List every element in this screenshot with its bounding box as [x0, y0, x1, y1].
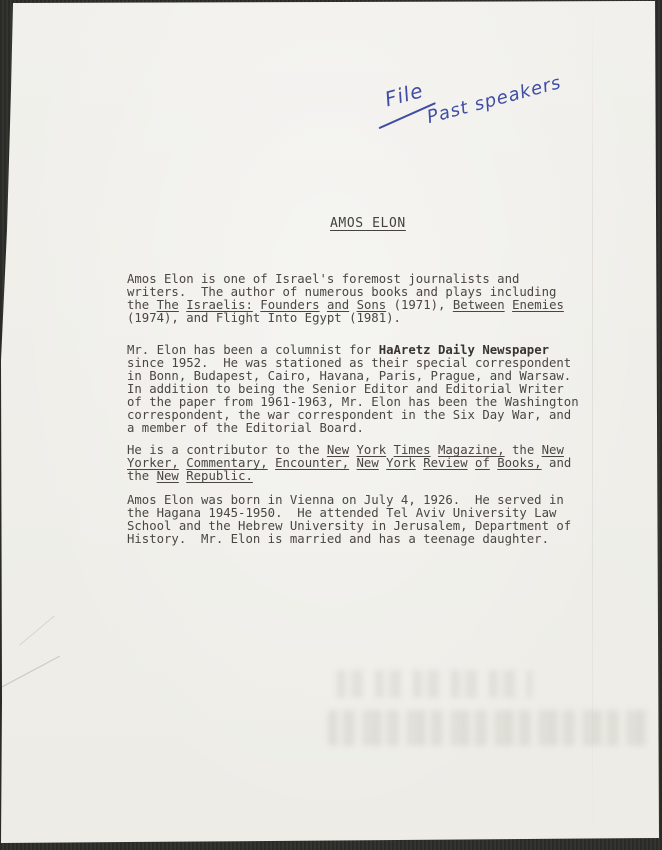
handwritten-words-past-speakers: Past speakers — [425, 72, 564, 128]
paragraph-personal: Amos Elon was born in Vienna on July 4, … — [127, 494, 571, 546]
paragraph-career: Mr. Elon has been a columnist for HaAret… — [127, 344, 579, 435]
handwritten-word-file: File — [382, 78, 426, 111]
document-page: File Past speakers AMOS ELON Amos Elon i… — [0, 0, 662, 850]
paragraph-bio-books: Amos Elon is one of Israel's foremost jo… — [127, 273, 564, 325]
paper-crease-diagonal — [0, 656, 60, 690]
document-title: AMOS ELON — [330, 216, 406, 231]
bleedthrough-smudge-1 — [332, 670, 532, 698]
paragraph-contributions: He is a contributor to the New York Time… — [127, 444, 571, 483]
handwritten-annotation: File Past speakers — [365, 30, 590, 165]
bleedthrough-smudge-2 — [328, 710, 648, 746]
paper-crease-diagonal-2 — [19, 615, 55, 645]
